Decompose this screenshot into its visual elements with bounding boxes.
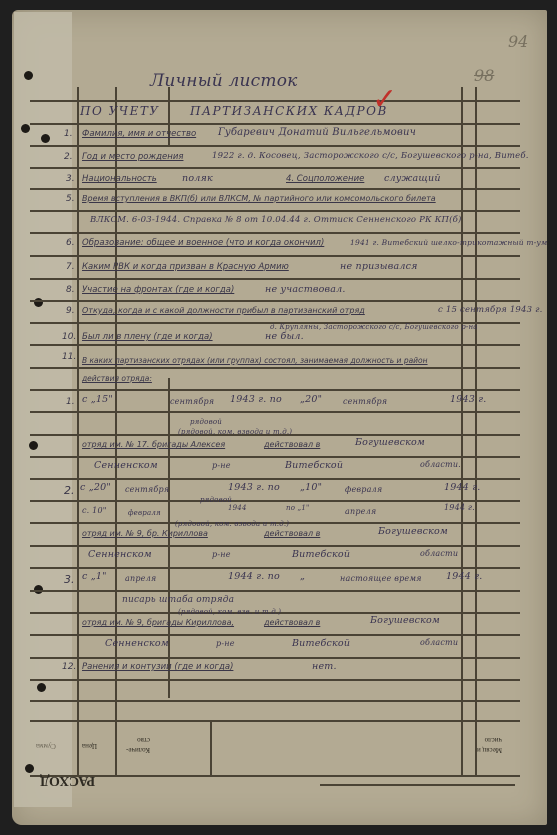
- rule-h: [30, 145, 520, 147]
- binder-hole: [41, 134, 50, 143]
- field-value-captivity: не был.: [265, 331, 304, 342]
- service-rne: р-не: [212, 550, 231, 559]
- field-label: Год и место рождения: [82, 152, 183, 162]
- rule-h: [30, 100, 520, 102]
- column-sum: Сумма: [36, 742, 56, 750]
- column-quantity: Количе-ство: [120, 735, 150, 755]
- rule-h: [30, 634, 520, 636]
- rule-h: [30, 567, 520, 569]
- service-to: „20": [300, 394, 322, 405]
- service-from-year: 1944 г. по: [228, 571, 280, 582]
- service-from-year: 1943 г. по: [228, 482, 280, 493]
- column-month: Месяц и число: [472, 735, 502, 755]
- binder-hole: [25, 764, 34, 773]
- service-from: с „1": [82, 571, 107, 582]
- rule-h: [30, 210, 520, 212]
- column-price: Цена: [82, 742, 97, 750]
- service-to-month: февраля: [345, 485, 382, 494]
- field-number: 5.: [66, 194, 75, 204]
- service-to: „: [300, 571, 305, 582]
- checkmark-icon: ✓: [372, 82, 397, 117]
- field-number: 3.: [66, 174, 75, 184]
- rule-h: [30, 679, 520, 681]
- service-region: Сенненском: [105, 638, 169, 649]
- service-from2-year: 1944: [228, 504, 247, 512]
- service-to-year: 1944 г.: [444, 482, 480, 493]
- rule-h: [30, 300, 520, 302]
- rule-h: [30, 255, 520, 257]
- service-to-month: настоящее время: [340, 574, 422, 583]
- field-value-wounds: нет.: [312, 661, 337, 672]
- service-acted: действовал в: [264, 529, 320, 538]
- rule-h: [30, 720, 520, 722]
- field-number: 8.: [66, 285, 75, 295]
- rule-h: [30, 500, 520, 502]
- rule-h: [30, 590, 520, 592]
- service-from-month: сентября: [170, 397, 214, 406]
- field-label: Национальность: [82, 174, 157, 184]
- field-label: 4. Соцположение: [286, 174, 364, 184]
- service-oblast: Витебской: [292, 638, 350, 649]
- field-value-party: ВЛКСМ. 6-03-1944. Справка № 8 от 10.04.4…: [90, 215, 462, 225]
- field-number: 1.: [64, 129, 73, 139]
- service-region: Сенненском: [94, 460, 158, 471]
- service-rne: р-не: [212, 461, 231, 470]
- field-label: Каким РВК и когда призван в Красную Арми…: [82, 262, 289, 272]
- field-label: Фамилия, имя и отчество: [82, 129, 196, 139]
- service-unit: отряд им. № 9, бр. Кириллова: [82, 529, 208, 538]
- field-value-education: 1941 г. Витебский шелко-трикотажный т-ум: [350, 238, 547, 247]
- field-label: Был ли в плену (где и когда): [82, 332, 213, 342]
- field-number: 12.: [62, 662, 76, 672]
- service-role-hint: (рядовой, ком. взв. и т.д.): [178, 608, 281, 616]
- field-label: Ранения и контузии (где и когда): [82, 662, 233, 672]
- field-label: Образование: общее и военное (что и когд…: [82, 238, 324, 248]
- rule-h: [30, 411, 520, 413]
- binder-hole: [21, 124, 30, 133]
- service-number: 1.: [66, 397, 75, 407]
- field-value-joined: с 15 сентября 1943 г.: [438, 305, 543, 315]
- document-title: Личный листок: [150, 71, 298, 91]
- field-number: 6.: [66, 238, 75, 248]
- field-number: 9.: [66, 306, 75, 316]
- field-value-nationality: поляк: [182, 173, 213, 184]
- binder-hole: [37, 683, 46, 692]
- service-to2: по „1": [286, 504, 309, 512]
- service-from2: с. 10": [82, 506, 107, 515]
- archive-number-crossed: 98: [474, 66, 494, 85]
- service-to-year: 1943 г.: [450, 394, 486, 405]
- service-to-month: сентября: [343, 397, 387, 406]
- field-label: Участие на фронтах (где и когда): [82, 285, 234, 295]
- rule-h: [30, 123, 520, 125]
- rule-h: [30, 278, 520, 280]
- service-acted: действовал в: [264, 618, 320, 627]
- binder-hole: [24, 71, 33, 80]
- rule-h: [30, 775, 520, 777]
- service-role: рядовой: [200, 496, 232, 504]
- rule-h: [30, 456, 520, 458]
- service-from2-month: февраля: [128, 509, 161, 517]
- rule-h: [30, 344, 520, 346]
- field-number: 2.: [64, 152, 73, 162]
- rule-h: [30, 389, 520, 391]
- service-to2-year: 1944 г.: [444, 503, 475, 512]
- field-number: 7.: [66, 262, 75, 272]
- field-number: 11.: [62, 352, 76, 362]
- field-value-social: служащий: [384, 173, 441, 184]
- field-value-draft: не призывался: [340, 261, 418, 272]
- rule-v: [461, 87, 463, 775]
- service-role-hint: (рядовой, ком. взвода и т.д.): [175, 520, 289, 528]
- rule-h: [320, 784, 515, 786]
- service-oblast: Витебской: [292, 549, 350, 560]
- service-role: рядовой: [190, 418, 222, 426]
- service-number: 3.: [64, 573, 75, 586]
- field-value-name: Губаревич Донатий Вильгельмович: [218, 127, 416, 138]
- subtitle-right: ПАРТИЗАНСКИХ КАДРОВ: [190, 104, 388, 118]
- service-oblast-label: области.: [420, 460, 461, 469]
- service-district: Богушевском: [370, 615, 440, 626]
- subtitle-left: ПО УЧЕТУ: [80, 104, 160, 118]
- archive-number: 94: [508, 32, 528, 51]
- service-acted: действовал в: [264, 440, 320, 449]
- field-label: Откуда, когда и с какой должности прибыл…: [82, 306, 365, 315]
- service-to-year: 1944 г.: [446, 571, 482, 582]
- service-unit: отряд им. № 17. бригады Алексея: [82, 440, 225, 449]
- service-from-year: 1943 г. по: [230, 394, 282, 405]
- rule-v: [210, 720, 212, 775]
- rule-h: [30, 188, 520, 190]
- binder-hole: [29, 441, 38, 450]
- service-oblast-label: области: [420, 638, 458, 647]
- service-region: Сенненском: [88, 549, 152, 560]
- field-value-fronts: не участвовал.: [265, 284, 346, 295]
- service-district: Богушевском: [378, 526, 448, 537]
- service-from: с „20": [80, 482, 111, 493]
- rule-h: [30, 700, 520, 702]
- field-label: В каких партизанских отрядах (или группа…: [82, 352, 462, 388]
- field-number: 10.: [62, 332, 76, 342]
- rule-h: [30, 545, 520, 547]
- rule-v: [77, 87, 79, 775]
- service-from: с „15": [82, 394, 113, 405]
- service-rne: р-не: [216, 639, 235, 648]
- service-to: „10": [300, 482, 322, 493]
- stamp-raskhod: РАСХОД: [40, 772, 95, 788]
- field-value-origin: д. Крупляны, Засторожского с/с, Богушевс…: [270, 323, 478, 331]
- service-role-hint: (рядовой, ком. взвода и т.д.): [178, 428, 292, 436]
- rule-h: [30, 232, 520, 234]
- rule-v: [475, 87, 477, 775]
- field-label: Время вступления в ВКП(б) или ВЛКСМ, № п…: [82, 194, 436, 203]
- rule-h: [30, 167, 520, 169]
- service-district: Богушевском: [355, 437, 425, 448]
- service-role: писарь штаба отряда: [122, 595, 234, 605]
- rule-h: [30, 657, 520, 659]
- service-number: 2.: [64, 484, 75, 497]
- rule-h: [30, 478, 520, 480]
- service-from-month: апреля: [125, 574, 156, 583]
- service-from-month: сентября: [125, 485, 169, 494]
- service-to2-month: апреля: [345, 507, 376, 516]
- service-oblast-label: области: [420, 549, 458, 558]
- rule-v: [168, 378, 170, 698]
- service-unit: отряд им. № 9, бригады Кириллова,: [82, 618, 234, 627]
- service-oblast: Витебской: [285, 460, 343, 471]
- field-value-birth: 1922 г. д. Косовец, Засторожского с/с, Б…: [212, 151, 529, 161]
